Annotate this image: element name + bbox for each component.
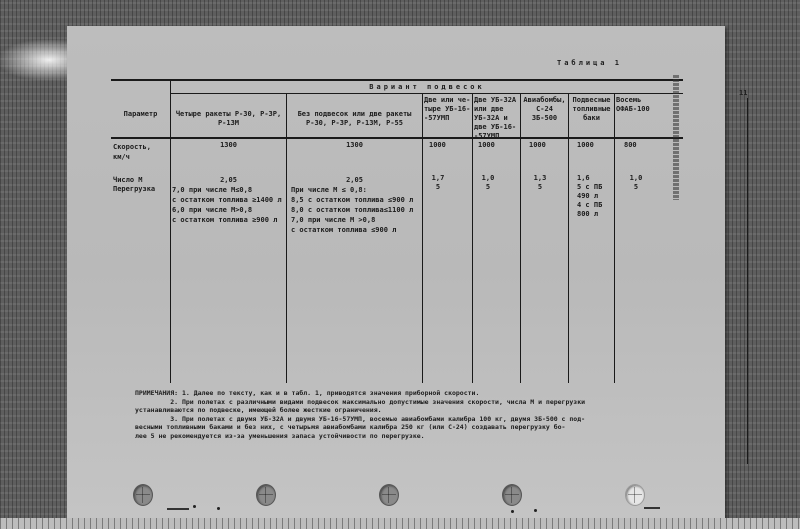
mach-col-2: 2,05 <box>287 176 422 185</box>
margin-page-number: 11 <box>739 89 747 97</box>
speed-col-6: 1000 <box>577 141 594 150</box>
note-line-1: 1. Далее по тексту, как и в табл. 1, при… <box>178 389 479 397</box>
note-line-6: лее 5 не рекомендуется из-за уменьшения … <box>135 432 425 440</box>
overload-details-col-1: 7,0 при числе М≤0,8 с остатком топлива ≥… <box>172 185 282 225</box>
binder-hole <box>133 484 153 506</box>
table-label: Таблица 1 <box>557 59 622 68</box>
binder-hole <box>256 484 276 506</box>
margin-rule <box>747 98 748 464</box>
mach-col-1: 2,05 <box>171 176 286 185</box>
speed-col-2: 1300 <box>287 141 422 150</box>
column-divider <box>568 93 569 383</box>
mach-col-3: 1,7 5 <box>423 174 453 192</box>
registration-mark <box>167 508 189 510</box>
overload-details-col-2: При числе М ≤ 0,8: 8,5 с остатком топлив… <box>291 185 413 235</box>
margin-vertical-text <box>673 75 679 200</box>
mach-col-6: 1,6 5 с ПБ 490 л 4 с ПБ 800 л <box>569 174 615 219</box>
header-col-4: Две УБ-32А или две УБ-32А и две УБ-16- -… <box>474 96 520 141</box>
registration-mark <box>193 505 196 508</box>
registration-mark <box>217 507 220 510</box>
notes-block: ПРИМЕЧАНИЯ: 1. Далее по тексту, как и в … <box>135 389 585 440</box>
binder-hole <box>625 484 645 506</box>
film-edge <box>0 518 800 529</box>
header-col-2: Без подвесок или две ракеты Р-30, Р-3Р, … <box>287 110 422 128</box>
column-divider <box>520 93 521 383</box>
speed-col-3: 1000 <box>429 141 446 150</box>
row-label-mach-overload: Число М Перегрузка <box>113 176 155 194</box>
group-header-rule <box>170 93 683 94</box>
mach-col-4: 1,0 5 <box>473 174 503 192</box>
registration-mark <box>511 510 514 513</box>
binder-hole <box>502 484 522 506</box>
column-divider <box>472 93 473 383</box>
note-line-5: весными топливными баками и без них, с ч… <box>135 423 565 431</box>
speed-col-4: 1000 <box>478 141 495 150</box>
light-glare <box>0 40 70 80</box>
note-line-4: 3. При полетах с двумя УБ-32А и двумя УБ… <box>135 415 585 423</box>
registration-mark <box>534 509 537 512</box>
speed-col-5: 1000 <box>529 141 546 150</box>
notes-heading: ПРИМЕЧАНИЯ: <box>135 389 178 397</box>
document-page: Таблица 1 11 Параметр Вариант подвесок Ч… <box>67 26 725 519</box>
header-col-3: Две или че- тыре УБ-16- -57УМП <box>424 96 472 123</box>
table-top-rule <box>111 79 683 81</box>
mach-col-7: 1,0 5 <box>617 174 655 192</box>
row-label-speed: Скорость, км/ч <box>113 142 151 162</box>
speed-col-1: 1300 <box>171 141 286 150</box>
column-divider <box>614 93 615 383</box>
header-col-1: Четыре ракеты Р-30, Р-3Р, Р-13М <box>171 110 286 128</box>
header-col-5: Авиабомбы, С-24 ЗБ-500 <box>521 96 568 123</box>
note-line-2: 2. При полетах с различными видами подве… <box>135 398 585 406</box>
note-line-3: устанавливаются по подвеске, имеющей бол… <box>135 406 382 414</box>
column-divider <box>286 93 287 383</box>
binder-hole <box>379 484 399 506</box>
column-divider <box>422 93 423 383</box>
header-bottom-rule <box>111 137 683 139</box>
registration-mark <box>644 507 660 509</box>
header-col-6: Подвесные топливные баки <box>569 96 614 123</box>
mach-col-5: 1,3 5 <box>521 174 559 192</box>
speed-col-7: 800 <box>624 141 637 150</box>
header-group-title: Вариант подвесок <box>171 83 683 92</box>
header-parameter: Параметр <box>111 110 170 119</box>
